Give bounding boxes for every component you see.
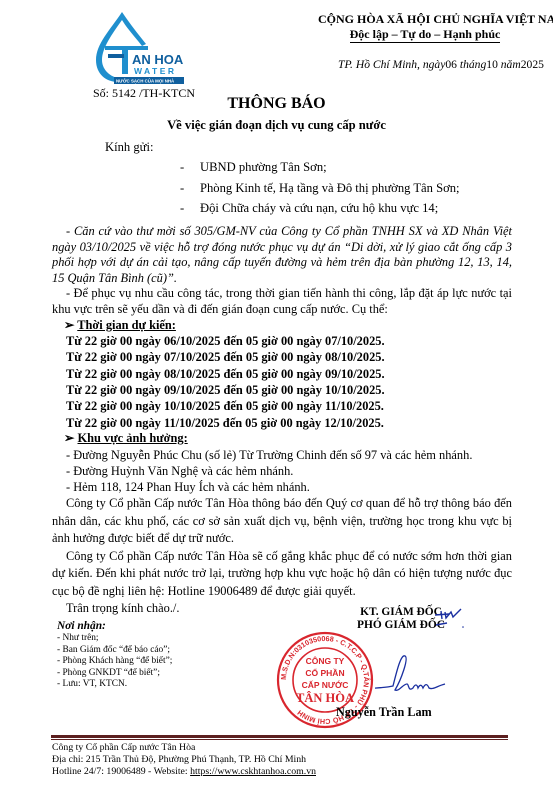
schedule-item: Từ 22 giờ 00 ngày 07/10/2025 đến 05 giờ … [52,349,512,365]
greeting: Kính gửi: [105,140,153,155]
initial-mark-icon [433,607,473,632]
schedule-item: Từ 22 giờ 00 ngày 09/10/2025 đến 05 giờ … [52,382,512,398]
footer-contact: Hotline 24/7: 19006489 - Website: https:… [52,766,316,778]
area-item: - Đường Huỳnh Văn Nghệ và các hẻm nhánh. [52,463,512,479]
svg-text:CỔ PHẦN: CỔ PHẦN [305,667,344,678]
svg-text:WATER: WATER [134,66,177,76]
recipients-block-item: - Phòng Khách hàng “để biết”; [57,656,172,668]
area-item: - Đường Nguyễn Phúc Chu (số lẻ) Từ Trườn… [52,447,512,463]
area-heading: ➢ Khu vực ảnh hưởng: [52,431,512,447]
schedule-item: Từ 22 giờ 00 ngày 10/10/2025 đến 05 giờ … [52,398,512,414]
svg-text:NƯỚC SẠCH CỦA MỌI NHÀ: NƯỚC SẠCH CỦA MỌI NHÀ [116,79,175,84]
recipient-item: UBND phường Tân Sơn; [172,160,460,181]
footer-divider-thin [51,739,508,740]
signer-name: Nguyễn Trần Lam [336,705,432,720]
restore-paragraph: Công ty Cổ phần Cấp nước Tân Hòa sẽ cố g… [52,548,512,601]
schedule-item: Từ 22 giờ 00 ngày 08/10/2025 đến 05 giờ … [52,366,512,382]
company-logo: AN HOA WATER NƯỚC SẠCH CỦA MỌI NHÀ [88,8,192,90]
basis-paragraph: - Căn cứ vào thư mời số 305/GM-NV của Cô… [52,224,512,286]
recipients-heading: Nơi nhận: [57,620,172,633]
recipients-block-item: - Như trên; [57,633,172,645]
arrow-bullet-icon: ➢ [64,318,74,332]
footer: Công ty Cổ phần Cấp nước Tân Hòa Địa chỉ… [52,742,316,778]
svg-text:TÂN HÒA: TÂN HÒA [296,691,354,705]
footer-company: Công ty Cổ phần Cấp nước Tân Hòa [52,742,316,754]
website-link[interactable]: https://www.cskhtanhoa.com.vn [190,766,316,777]
svg-text:CẤP NƯỚC: CẤP NƯỚC [302,679,349,690]
date-month: 10 [486,58,498,71]
svg-text:CÔNG TY: CÔNG TY [306,655,345,666]
national-header: CỘNG HÒA XÃ HỘI CHỦ NGHĨA VIỆT NAM [318,12,553,27]
handwritten-signature-icon [375,650,475,705]
area-item: - Hẻm 118, 124 Phan Huy Ích và các hẻm n… [52,479,512,495]
purpose-paragraph: - Để phục vụ nhu cầu công tác, trong thờ… [52,286,512,317]
notice-title: THÔNG BÁO [0,95,553,113]
svg-text:AN HOA: AN HOA [132,52,184,67]
recipients-block: Nơi nhận: - Như trên; - Ban Giám đốc “để… [57,620,172,691]
schedule-item: Từ 22 giờ 00 ngày 11/10/2025 đến 05 giờ … [52,415,512,431]
notice-subtitle: Về việc gián đoạn dịch vụ cung cấp nước [0,118,553,133]
notice-paragraph: Công ty Cổ phần Cấp nước Tân Hòa thông b… [52,495,512,548]
footer-address: Địa chỉ: 215 Trần Thủ Độ, Phường Phú Thạ… [52,754,316,766]
footer-divider [51,735,508,738]
arrow-bullet-icon: ➢ [64,431,74,445]
recipients-block-item: - Lưu: VT, KTCN. [57,679,172,691]
notice-body: - Căn cứ vào thư mời số 305/GM-NV của Cô… [52,224,512,618]
dateline: TP. Hồ Chí Minh, ngày06 tháng10 năm2025 [338,58,544,71]
water-drop-logo-icon: AN HOA WATER NƯỚC SẠCH CỦA MỌI NHÀ [88,8,192,90]
recipient-item: Phòng Kinh tế, Hạ tầng và Đô thị phường … [172,181,460,202]
date-year: 2025 [521,58,544,71]
date-day: 06 [445,58,457,71]
schedule-heading: ➢ Thời gian dự kiến: [52,318,512,334]
recipient-list: UBND phường Tân Sơn; Phòng Kinh tế, Hạ t… [172,160,460,222]
recipient-item: Đội Chữa cháy và cứu nạn, cứu hộ khu vực… [172,201,460,222]
recipients-block-item: - Phòng GNKDT “để biết”; [57,668,172,680]
schedule-item: Từ 22 giờ 00 ngày 06/10/2025 đến 05 giờ … [52,333,512,349]
national-motto: Độc lập – Tự do – Hạnh phúc [320,27,530,42]
recipients-block-item: - Ban Giám đốc “để báo cáo”; [57,645,172,657]
